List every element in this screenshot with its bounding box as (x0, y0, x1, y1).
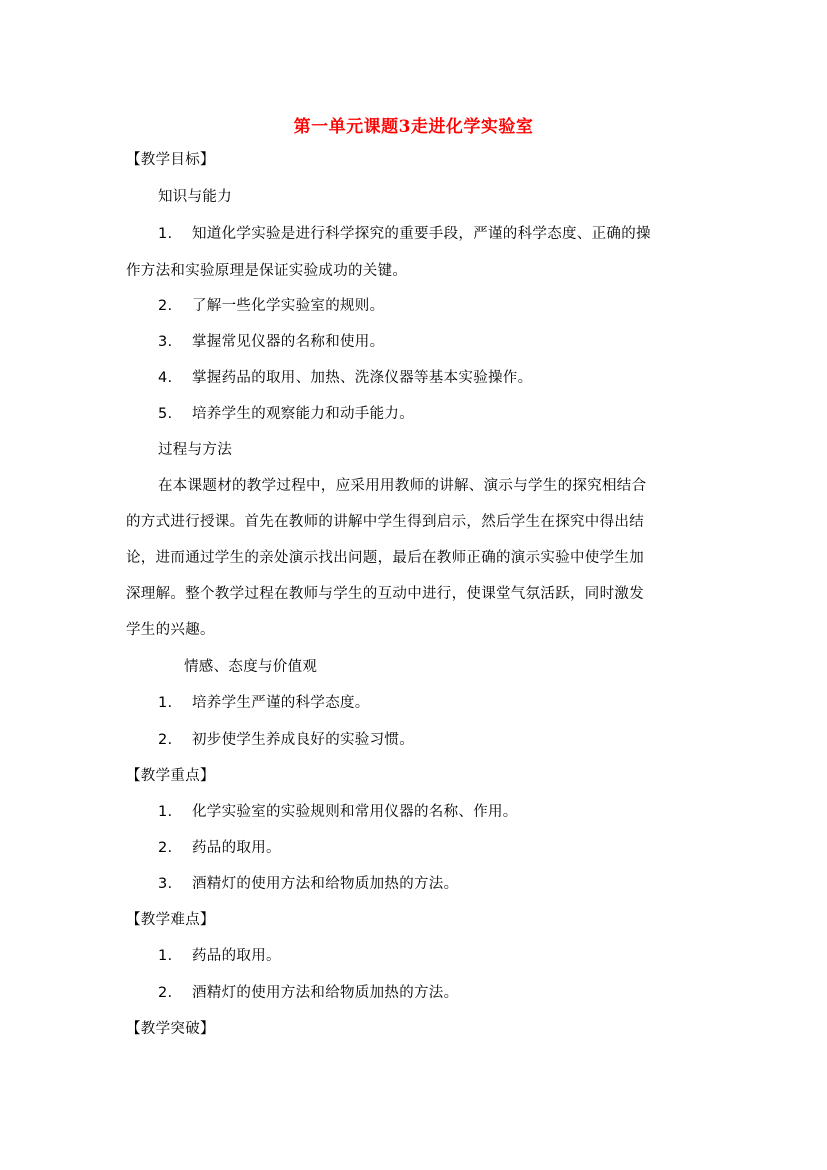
paragraph-line: 深理解。整个教学过程在教师与学生的互动中进行，使课堂气氛活跃，同时激发 (126, 584, 644, 604)
subheading-process: 过程与方法 (158, 440, 232, 460)
list-item: 2.酒精灯的使用方法和给物质加热的方法。 (158, 983, 458, 1003)
list-item: 1.化学实验室的实验规则和常用仪器的名称、作用。 (158, 802, 518, 822)
section-heading-key: 【教学重点】 (126, 766, 215, 786)
paragraph-line: 论，进而通过学生的亲处演示找出问题，最后在教师正确的演示实验中使学生加 (126, 548, 644, 568)
list-item: 4.掌握药品的取用、加热、洗涤仪器等基本实验操作。 (158, 368, 532, 388)
section-heading-difficult: 【教学难点】 (126, 910, 215, 930)
list-item: 3.掌握常见仪器的名称和使用。 (158, 332, 384, 352)
list-item-continuation: 作方法和实验原理是保证实验成功的关键。 (126, 261, 407, 281)
section-heading-breakthrough: 【教学突破】 (126, 1019, 215, 1039)
document-title: 第一单元课题3走进化学实验室 (0, 112, 827, 137)
paragraph-line: 的方式进行授课。首先在教师的讲解中学生得到启示，然后学生在探究中得出结 (126, 512, 644, 532)
subheading-knowledge: 知识与能力 (158, 187, 232, 207)
paragraph-line: 学生的兴趣。 (126, 620, 215, 640)
paragraph-line: 在本课题材的教学过程中，应采用用教师的讲解、演示与学生的探究相结合 (158, 476, 646, 496)
list-item: 1.培养学生严谨的科学态度。 (158, 693, 370, 713)
section-heading-goals: 【教学目标】 (126, 150, 215, 170)
subheading-emotion: 情感、态度与价值观 (184, 657, 317, 677)
list-item: 1.药品的取用。 (158, 946, 281, 966)
document-page: 第一单元课题3走进化学实验室 【教学目标】 知识与能力 1.知道化学实验是进行科… (0, 0, 827, 1170)
list-item: 2.了解一些化学实验室的规则。 (158, 296, 384, 316)
list-item: 5.培养学生的观察能力和动手能力。 (158, 404, 414, 424)
list-item: 3.酒精灯的使用方法和给物质加热的方法。 (158, 874, 458, 894)
list-item: 2.初步使学生养成良好的实验习惯。 (158, 730, 414, 750)
list-item: 2.药品的取用。 (158, 838, 281, 858)
list-item: 1.知道化学实验是进行科学探究的重要手段，严谨的科学态度、正确的操 (158, 224, 651, 244)
